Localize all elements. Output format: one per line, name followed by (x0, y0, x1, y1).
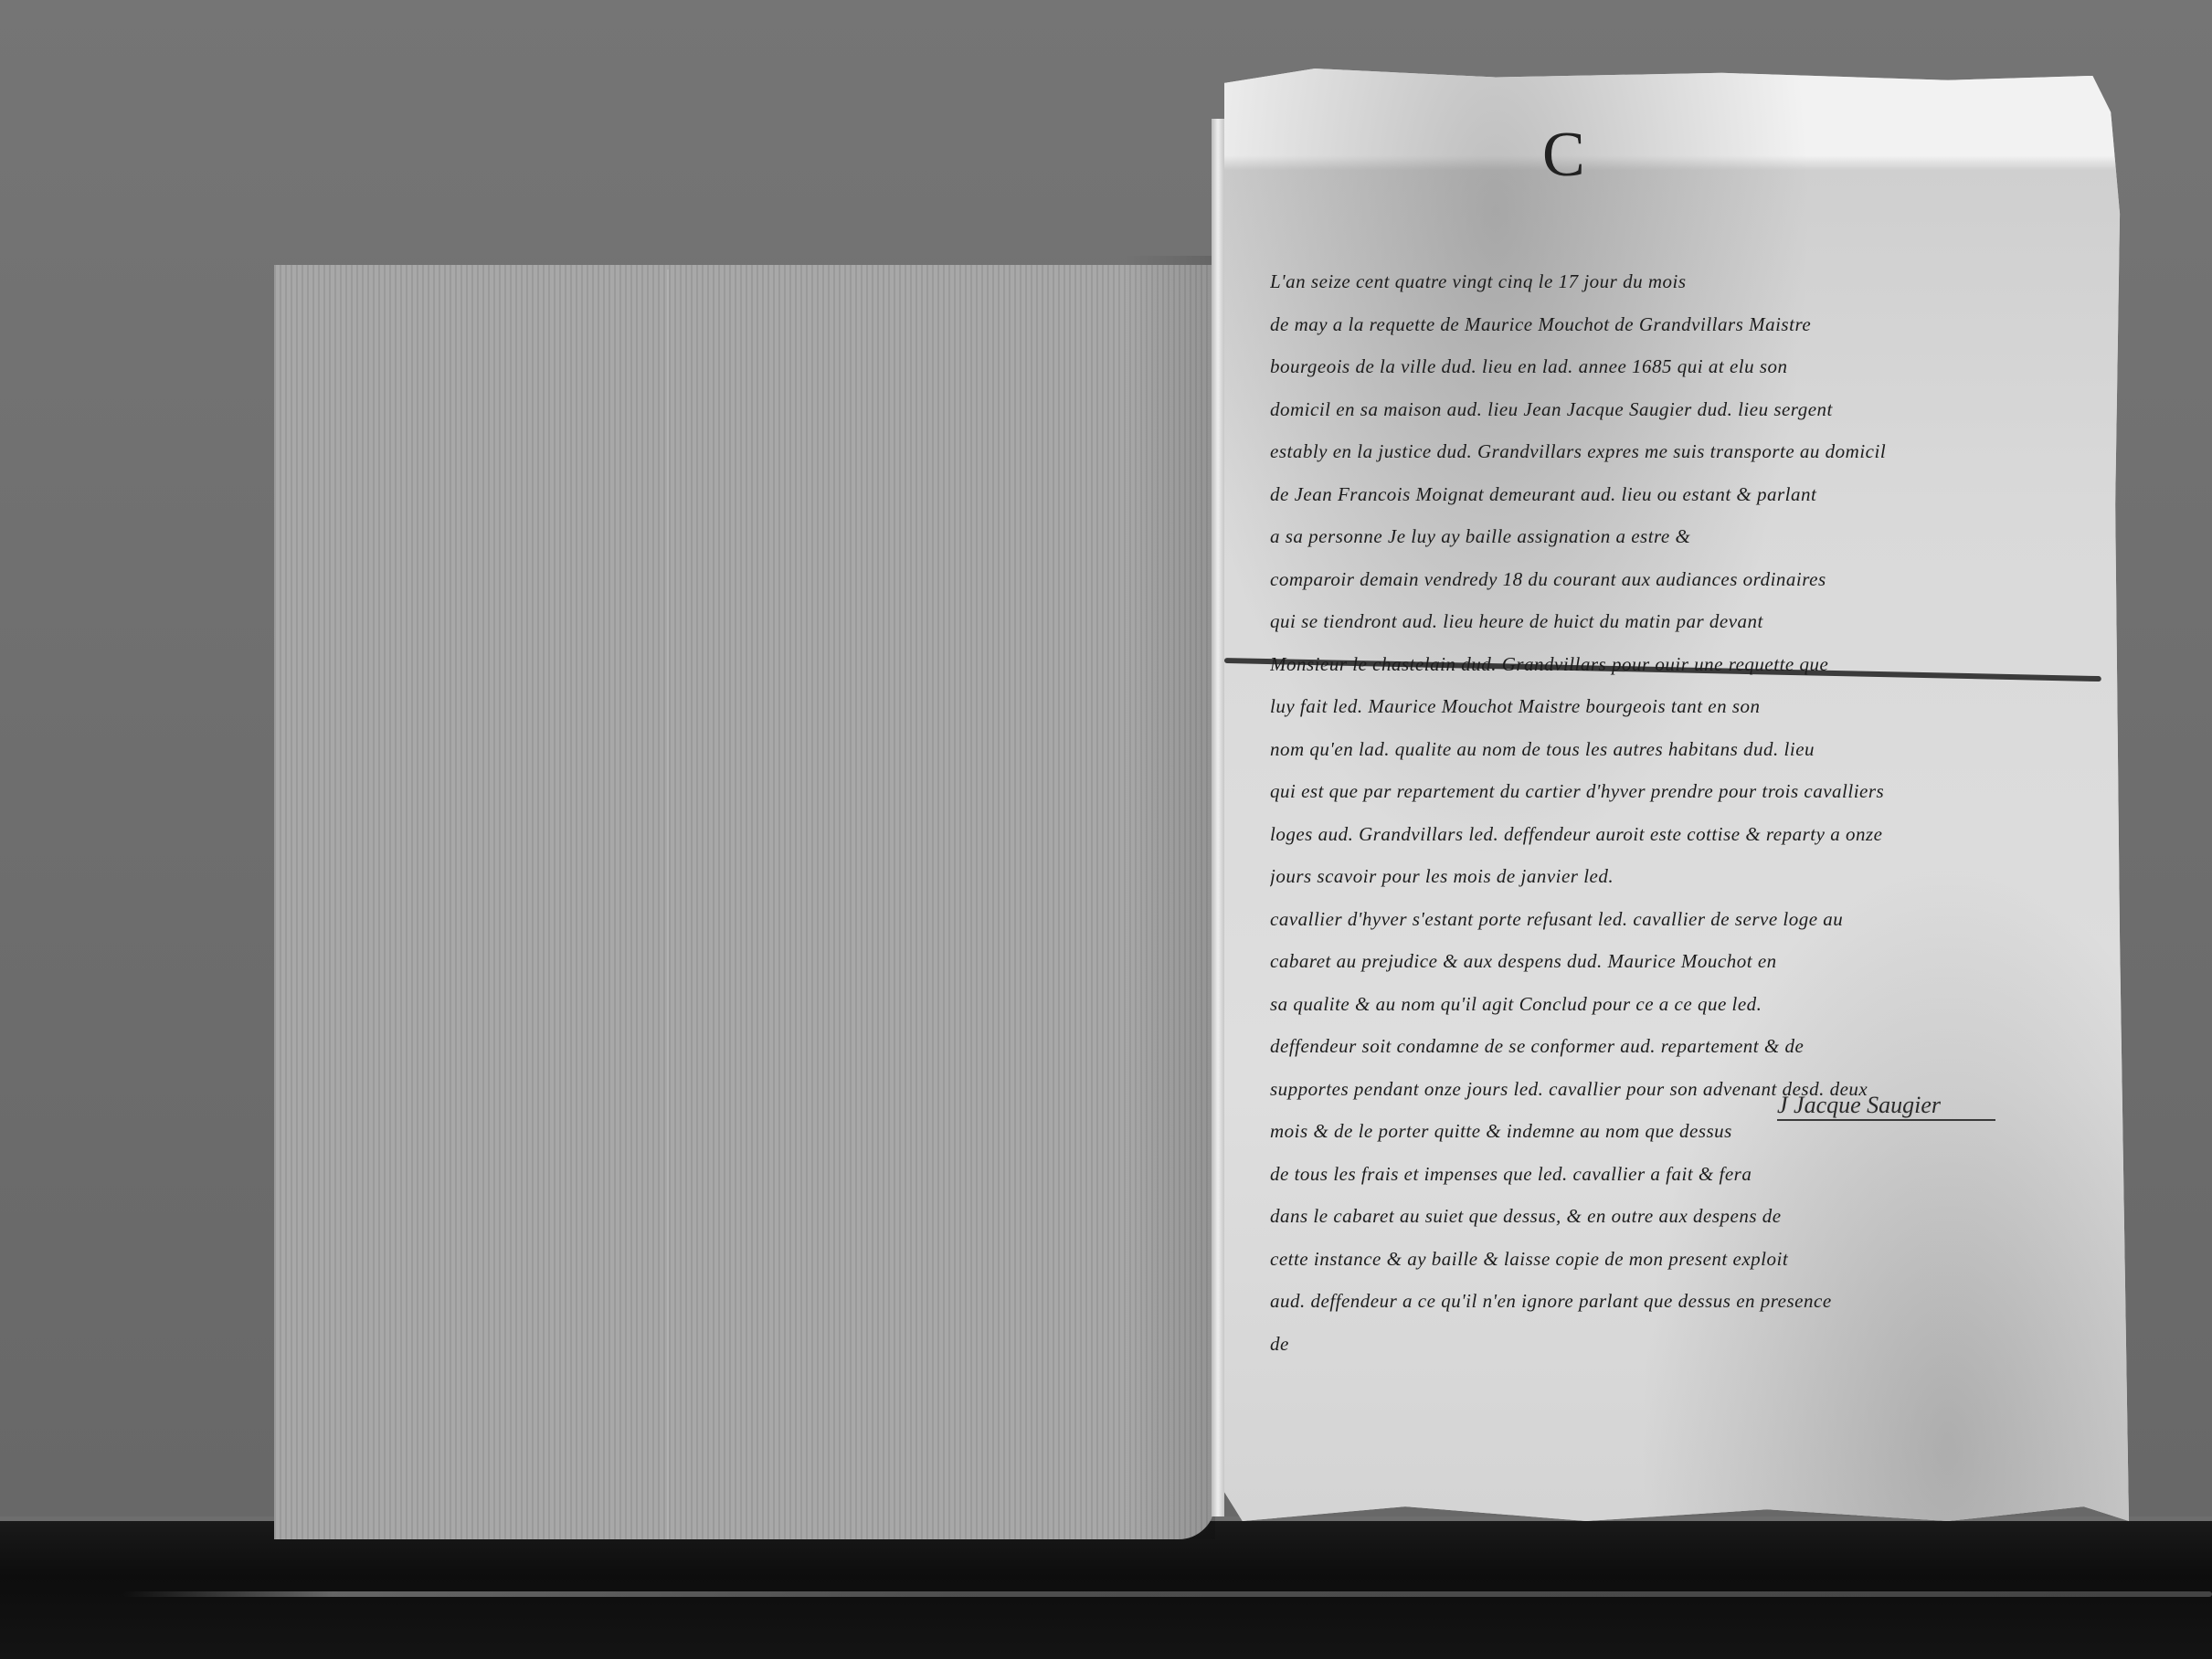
manuscript-line: estably en la justice dud. Grandvillars … (1270, 430, 2092, 473)
manuscript-line: qui est que par repartement du cartier d… (1270, 770, 2092, 813)
manuscript-line: jours scavoir pour les mois de janvier l… (1270, 855, 2092, 898)
manuscript-line: L'an seize cent quatre vingt cinq le 17 … (1270, 260, 2092, 303)
manuscript-text: L'an seize cent quatre vingt cinq le 17 … (1270, 260, 2092, 1365)
archival-folder-left-flap (274, 265, 1215, 1539)
manuscript-line: luy fait led. Maurice Mouchot Maistre bo… (1270, 685, 2092, 728)
manuscript-line: comparoir demain vendredy 18 du courant … (1270, 558, 2092, 601)
manuscript-line: Monsieur le chastelain dud. Grandvillars… (1270, 643, 2092, 686)
manuscript-line: cette instance & ay baille & laisse copi… (1270, 1238, 2092, 1281)
signature: J Jacque Saugier (1777, 1092, 1995, 1121)
folder-gutter-shadow (1124, 256, 1215, 1539)
manuscript-line: de may a la requette de Maurice Mouchot … (1270, 303, 2092, 346)
manuscript-line: loges aud. Grandvillars led. deffendeur … (1270, 813, 2092, 856)
manuscript-line: a sa personne Je luy ay baille assignati… (1270, 515, 2092, 558)
manuscript-line: deffendeur soit condamne de se conformer… (1270, 1025, 2092, 1068)
manuscript-line: de (1270, 1323, 2092, 1366)
dark-shelf (0, 1521, 2212, 1659)
manuscript-line: nom qu'en lad. qualite au nom de tous le… (1270, 728, 2092, 771)
binding-stub (1212, 119, 1224, 1516)
manuscript-line: de tous les frais et impenses que led. c… (1270, 1153, 2092, 1196)
manuscript-line: de Jean Francois Moignat demeurant aud. … (1270, 473, 2092, 516)
manuscript-line: domicil en sa maison aud. lieu Jean Jacq… (1270, 388, 2092, 431)
manuscript-line: aud. deffendeur a ce qu'il n'en ignore p… (1270, 1280, 2092, 1323)
manuscript-line: dans le cabaret au suiet que dessus, & e… (1270, 1195, 2092, 1238)
folder-fold-line (667, 269, 669, 1539)
manuscript-line: qui se tiendront aud. lieu heure de huic… (1270, 600, 2092, 643)
manuscript-line: bourgeois de la ville dud. lieu en lad. … (1270, 345, 2092, 388)
manuscript-line: sa qualite & au nom qu'il agit Conclud p… (1270, 983, 2092, 1026)
manuscript-line: cavallier d'hyver s'estant porte refusan… (1270, 898, 2092, 941)
manuscript-line: cabaret au prejudice & aux despens dud. … (1270, 940, 2092, 983)
shelf-edge-highlight (123, 1591, 2212, 1597)
header-mark: C (1542, 119, 1585, 192)
